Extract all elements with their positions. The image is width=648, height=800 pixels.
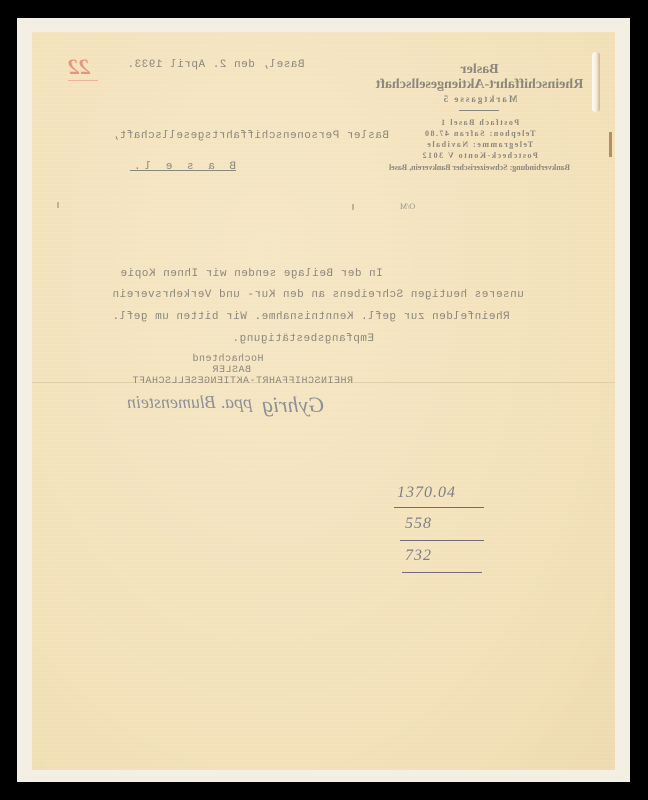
closing-company-line1: BASLER [212, 365, 251, 376]
pencil-note-1: 1370.04 [397, 484, 456, 502]
letterhead-bank: Bankverbindung: Schweizerischer Bankvere… [362, 162, 597, 173]
pencil-rule-1 [394, 507, 484, 508]
page-number-underline [68, 80, 98, 81]
body-line: Rheinfelden zur gefl. Kenntnisnahme. Wir… [112, 311, 510, 323]
body-line: In der Beilage senden wir Ihnen Kopie [120, 268, 383, 280]
body-line: unseres heutigen Schreibens an den Kur- … [112, 289, 524, 301]
letterhead-rule [460, 110, 500, 111]
recipient-name: Basler Personenschiffahrtsgesellschaft, [112, 130, 389, 142]
closing-salutation: Hochachtend [192, 354, 264, 365]
paper-tear [592, 52, 600, 112]
corner-mark [57, 202, 59, 208]
letterhead: Basler Rheinschiffahrt-Aktiengesellschaf… [362, 62, 597, 173]
recipient-city: B a s e l. [130, 161, 236, 173]
pencil-rule-3 [402, 572, 482, 573]
closing-company-line2: RHEINSCHIFFAHRT-AKTIENGESELLSCHAFT [132, 376, 353, 387]
letterhead-contact: Postcheck-Konto V 3012 [362, 150, 597, 161]
reference-mark: O/M [400, 202, 415, 211]
pencil-note-2: 558 [405, 515, 432, 533]
letter-page: 22 Basel, den 2. April 1933. Basler Rhei… [32, 32, 615, 770]
letterhead-contact: Telegramme: Navibale [362, 139, 597, 150]
pencil-note-3: 732 [405, 547, 432, 565]
letterhead-contact: Telephon: Safran 47.80 [362, 128, 597, 139]
page-number: 22 [68, 54, 90, 80]
signature-1: Gyhrig [262, 392, 324, 418]
letterhead-address: Marktgasse 5 [362, 94, 597, 104]
date-line: Basel, den 2. April 1933. [127, 59, 305, 71]
pencil-rule-2 [400, 540, 484, 541]
corner-mark [352, 204, 354, 210]
letterhead-line1: Basler [362, 62, 597, 77]
paper-stain [609, 132, 612, 157]
letterhead-contact: Postfach Basel 1 [362, 117, 597, 128]
signature-2: ppa. Blumenstein [127, 392, 252, 413]
document-mount: 22 Basel, den 2. April 1933. Basler Rhei… [17, 18, 630, 782]
letterhead-company: Rheinschiffahrt-Aktiengesellschaft [362, 77, 597, 92]
body-line: Empfangsbestätigung. [232, 333, 374, 345]
